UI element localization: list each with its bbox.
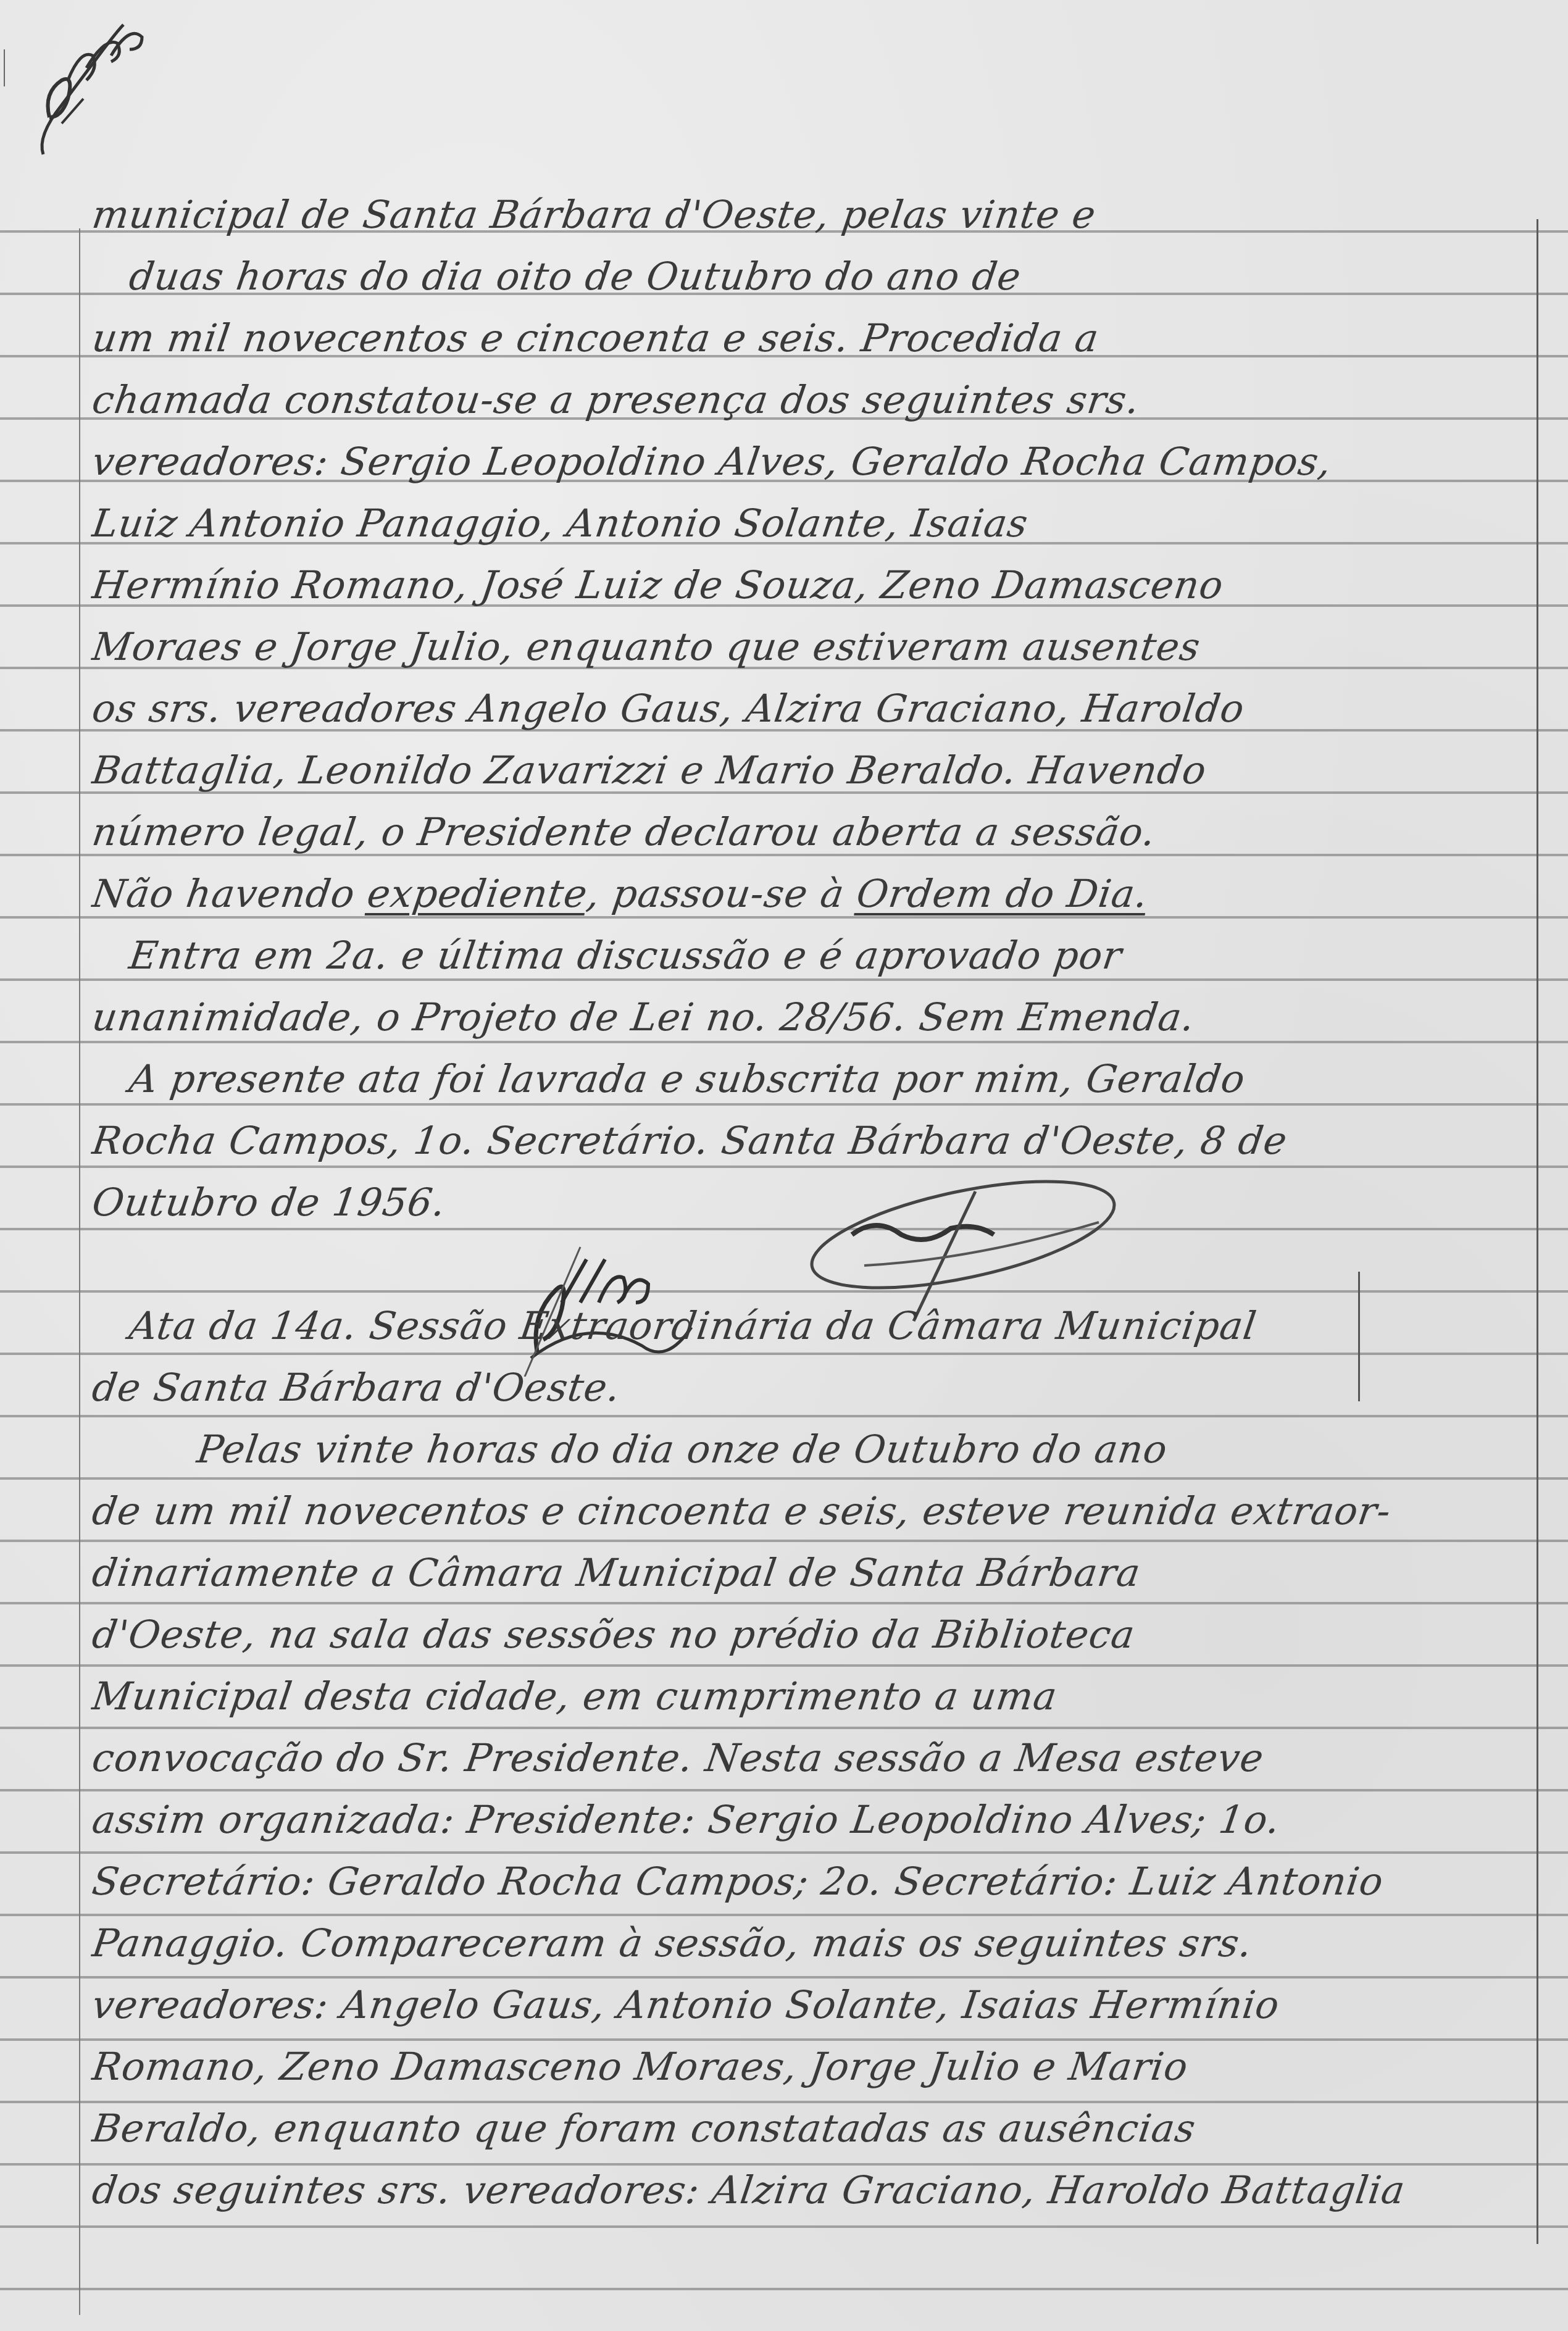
minute-2-line: Municipal desta cidade, em cumprimento a… bbox=[88, 1667, 1535, 1726]
minute-1-line: municipal de Santa Bárbara d'Oeste, pela… bbox=[88, 185, 1535, 244]
minute-1-line: os srs. vereadores Angelo Gaus, Alzira G… bbox=[88, 679, 1535, 738]
minute-1-line: um mil novecentos e cincoenta e seis. Pr… bbox=[88, 309, 1535, 368]
minute-2-line: d'Oeste, na sala das sessões no prédio d… bbox=[88, 1605, 1535, 1664]
minute-1-line: duas horas do dia oito de Outubro do ano… bbox=[88, 247, 1568, 306]
minute-1-line: Rocha Campos, 1o. Secretário. Santa Bárb… bbox=[88, 1111, 1535, 1170]
minute-1-line: número legal, o Presidente declarou aber… bbox=[88, 803, 1535, 862]
minute-2-heading: de Santa Bárbara d'Oeste. bbox=[88, 1358, 1535, 1417]
minute-2-line: Pelas vinte horas do dia onze de Outubro… bbox=[88, 1420, 1568, 1479]
underlined-phrase: Ordem do Dia. bbox=[854, 871, 1151, 916]
minute-1-line-agenda: Não havendo expediente, passou-se à Orde… bbox=[88, 864, 1535, 924]
ledger-page: municipal de Santa Bárbara d'Oeste, pela… bbox=[0, 0, 1568, 2331]
agenda-text: Não havendo expediente, passou-se à Orde… bbox=[90, 871, 1151, 916]
minute-1-line: vereadores: Sergio Leopoldino Alves, Ger… bbox=[88, 432, 1535, 491]
ruled-line bbox=[0, 1290, 1568, 1293]
minute-2-line: Secretário: Geraldo Rocha Campos; 2o. Se… bbox=[88, 1852, 1535, 1911]
minute-1-line: Entra em 2a. e última discussão e é apro… bbox=[88, 926, 1568, 985]
minute-2-line: dinariamente a Câmara Municipal de Santa… bbox=[88, 1543, 1535, 1603]
ruled-line bbox=[0, 2225, 1568, 2228]
ruled-line bbox=[0, 2288, 1568, 2290]
minute-2-line: Beraldo, enquanto que foram constatadas … bbox=[88, 2099, 1535, 2158]
minute-2-line: assim organizada: Presidente: Sergio Leo… bbox=[88, 1790, 1535, 1849]
signature-icon bbox=[25, 12, 185, 161]
minute-2-line: de um mil novecentos e cincoenta e seis,… bbox=[88, 1482, 1535, 1541]
minute-1-line: Moraes e Jorge Julio, enquanto que estiv… bbox=[88, 617, 1535, 677]
minute-2-line: convocação do Sr. Presidente. Nesta sess… bbox=[88, 1728, 1535, 1788]
minute-1-line: unanimidade, o Projeto de Lei no. 28/56.… bbox=[88, 988, 1535, 1047]
page-edge-mark bbox=[4, 49, 5, 86]
top-left-rubric-signature bbox=[25, 12, 185, 163]
minute-2-line: dos seguintes srs. vereadores: Alzira Gr… bbox=[88, 2161, 1535, 2220]
right-margin-rule bbox=[1537, 219, 1538, 2244]
minute-2-heading: Ata da 14a. Sessão Extraordinária da Câm… bbox=[88, 1296, 1568, 1356]
minute-1-line: A presente ata foi lavrada e subscrita p… bbox=[88, 1049, 1568, 1109]
minute-2-line: vereadores: Angelo Gaus, Antonio Solante… bbox=[88, 1975, 1535, 2035]
minute-1-line: Hermínio Romano, José Luiz de Souza, Zen… bbox=[88, 556, 1535, 615]
minute-2-line: Panaggio. Compareceram à sessão, mais os… bbox=[88, 1914, 1535, 1973]
underlined-phrase: expediente bbox=[364, 871, 590, 916]
minute-2-line: Romano, Zeno Damasceno Moraes, Jorge Jul… bbox=[88, 2037, 1535, 2096]
minute-1-line: Battaglia, Leonildo Zavarizzi e Mario Be… bbox=[88, 741, 1535, 800]
minute-1-line: chamada constatou-se a presença dos segu… bbox=[88, 370, 1535, 430]
left-margin-rule bbox=[79, 228, 80, 2315]
minute-1-line: Luiz Antonio Panaggio, Antonio Solante, … bbox=[88, 494, 1535, 553]
